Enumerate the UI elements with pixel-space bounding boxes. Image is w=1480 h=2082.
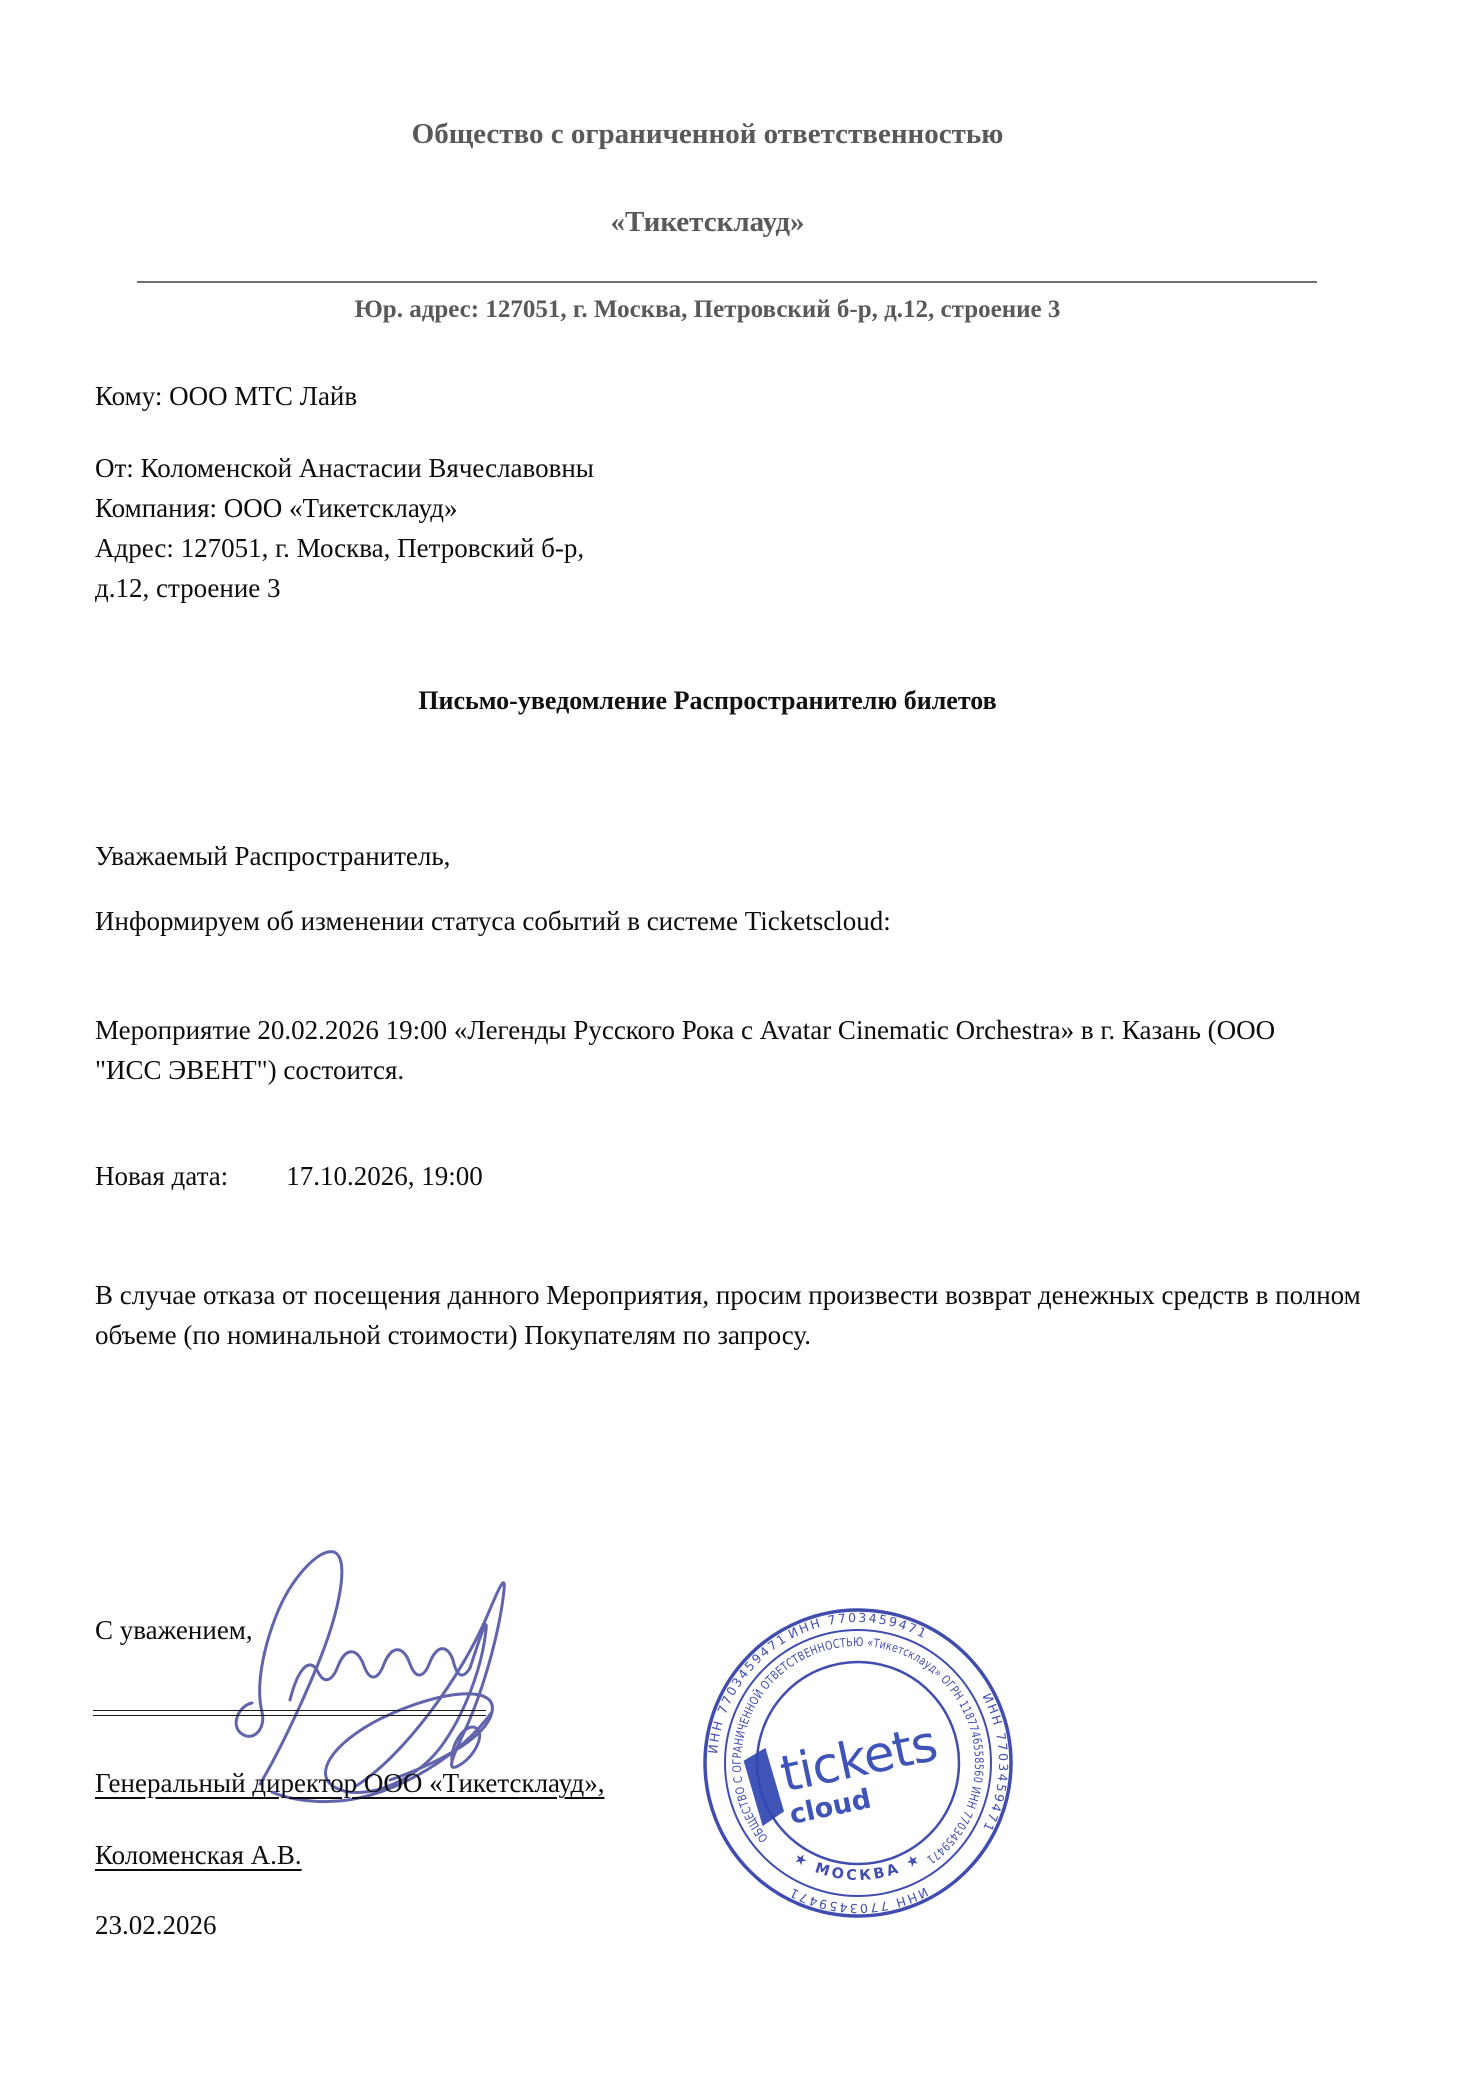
letterhead-company-name: «Тикетсклауд» [95, 206, 1320, 239]
greeting-line: Уважаемый Распространитель, [95, 841, 450, 872]
stamp-outer-ring-text: ИНН 7703459471 [705, 1630, 790, 1754]
signer-name: Коломенская А.В. [95, 1840, 302, 1871]
new-date-value: 17.10.2026, 19:00 [286, 1161, 483, 1191]
signature-line [93, 1710, 486, 1716]
event-status-paragraph: Мероприятие 20.02.2026 19:00 «Легенды Ру… [95, 1010, 1345, 1090]
intro-line: Информируем об изменении статуса событий… [95, 906, 891, 937]
recipient-line: Кому: ООО МТС Лайв [95, 381, 357, 412]
sender-from-line: От: Коломенской Анастасии Вячеславовны [95, 448, 594, 488]
new-date-label: Новая дата: [95, 1161, 228, 1191]
stamp-bottom-text: ★ МОСКВА ★ [791, 1850, 925, 1884]
letter-title: Письмо-уведомление Распространителю биле… [95, 686, 1320, 716]
sender-block: От: Коломенской Анастасии Вячеславовны К… [95, 448, 594, 608]
signature-stroke [356, 1583, 504, 1786]
letter-document: Общество с ограниченной ответственностью… [0, 0, 1480, 2082]
svg-text:★ МОСКВА ★: ★ МОСКВА ★ [791, 1850, 925, 1884]
svg-text:ИНН 7703459471: ИНН 7703459471 [786, 1884, 931, 1916]
svg-text:ИНН 7703459471: ИНН 7703459471 [705, 1630, 790, 1754]
letterhead-company-type: Общество с ограниченной ответственностью [95, 118, 1320, 151]
signer-position: Генеральный директор ООО «Тикетсклауд», [95, 1768, 604, 1799]
letter-date: 23.02.2026 [95, 1910, 217, 1941]
stamp-outer-ring-text: ИНН 7703459471 [786, 1884, 931, 1916]
signature-stroke [236, 1552, 342, 1784]
sender-company-line: Компания: ООО «Тикетсклауд» [95, 488, 594, 528]
letterhead-legal-address: Юр. адрес: 127051, г. Москва, Петровский… [95, 296, 1320, 324]
refund-paragraph: В случае отказа от посещения данного Мер… [95, 1275, 1410, 1355]
letterhead-divider [137, 281, 1317, 283]
sender-address-line1: Адрес: 127051, г. Москва, Петровский б-р… [95, 528, 594, 568]
sender-address-line2: д.12, строение 3 [95, 568, 594, 608]
new-date-row: Новая дата:17.10.2026, 19:00 [95, 1161, 483, 1192]
company-stamp: ИНН 7703459471 ИНН 7703459471 ИНН 770345… [697, 1602, 1019, 1924]
closing-line: С уважением, [95, 1615, 253, 1646]
